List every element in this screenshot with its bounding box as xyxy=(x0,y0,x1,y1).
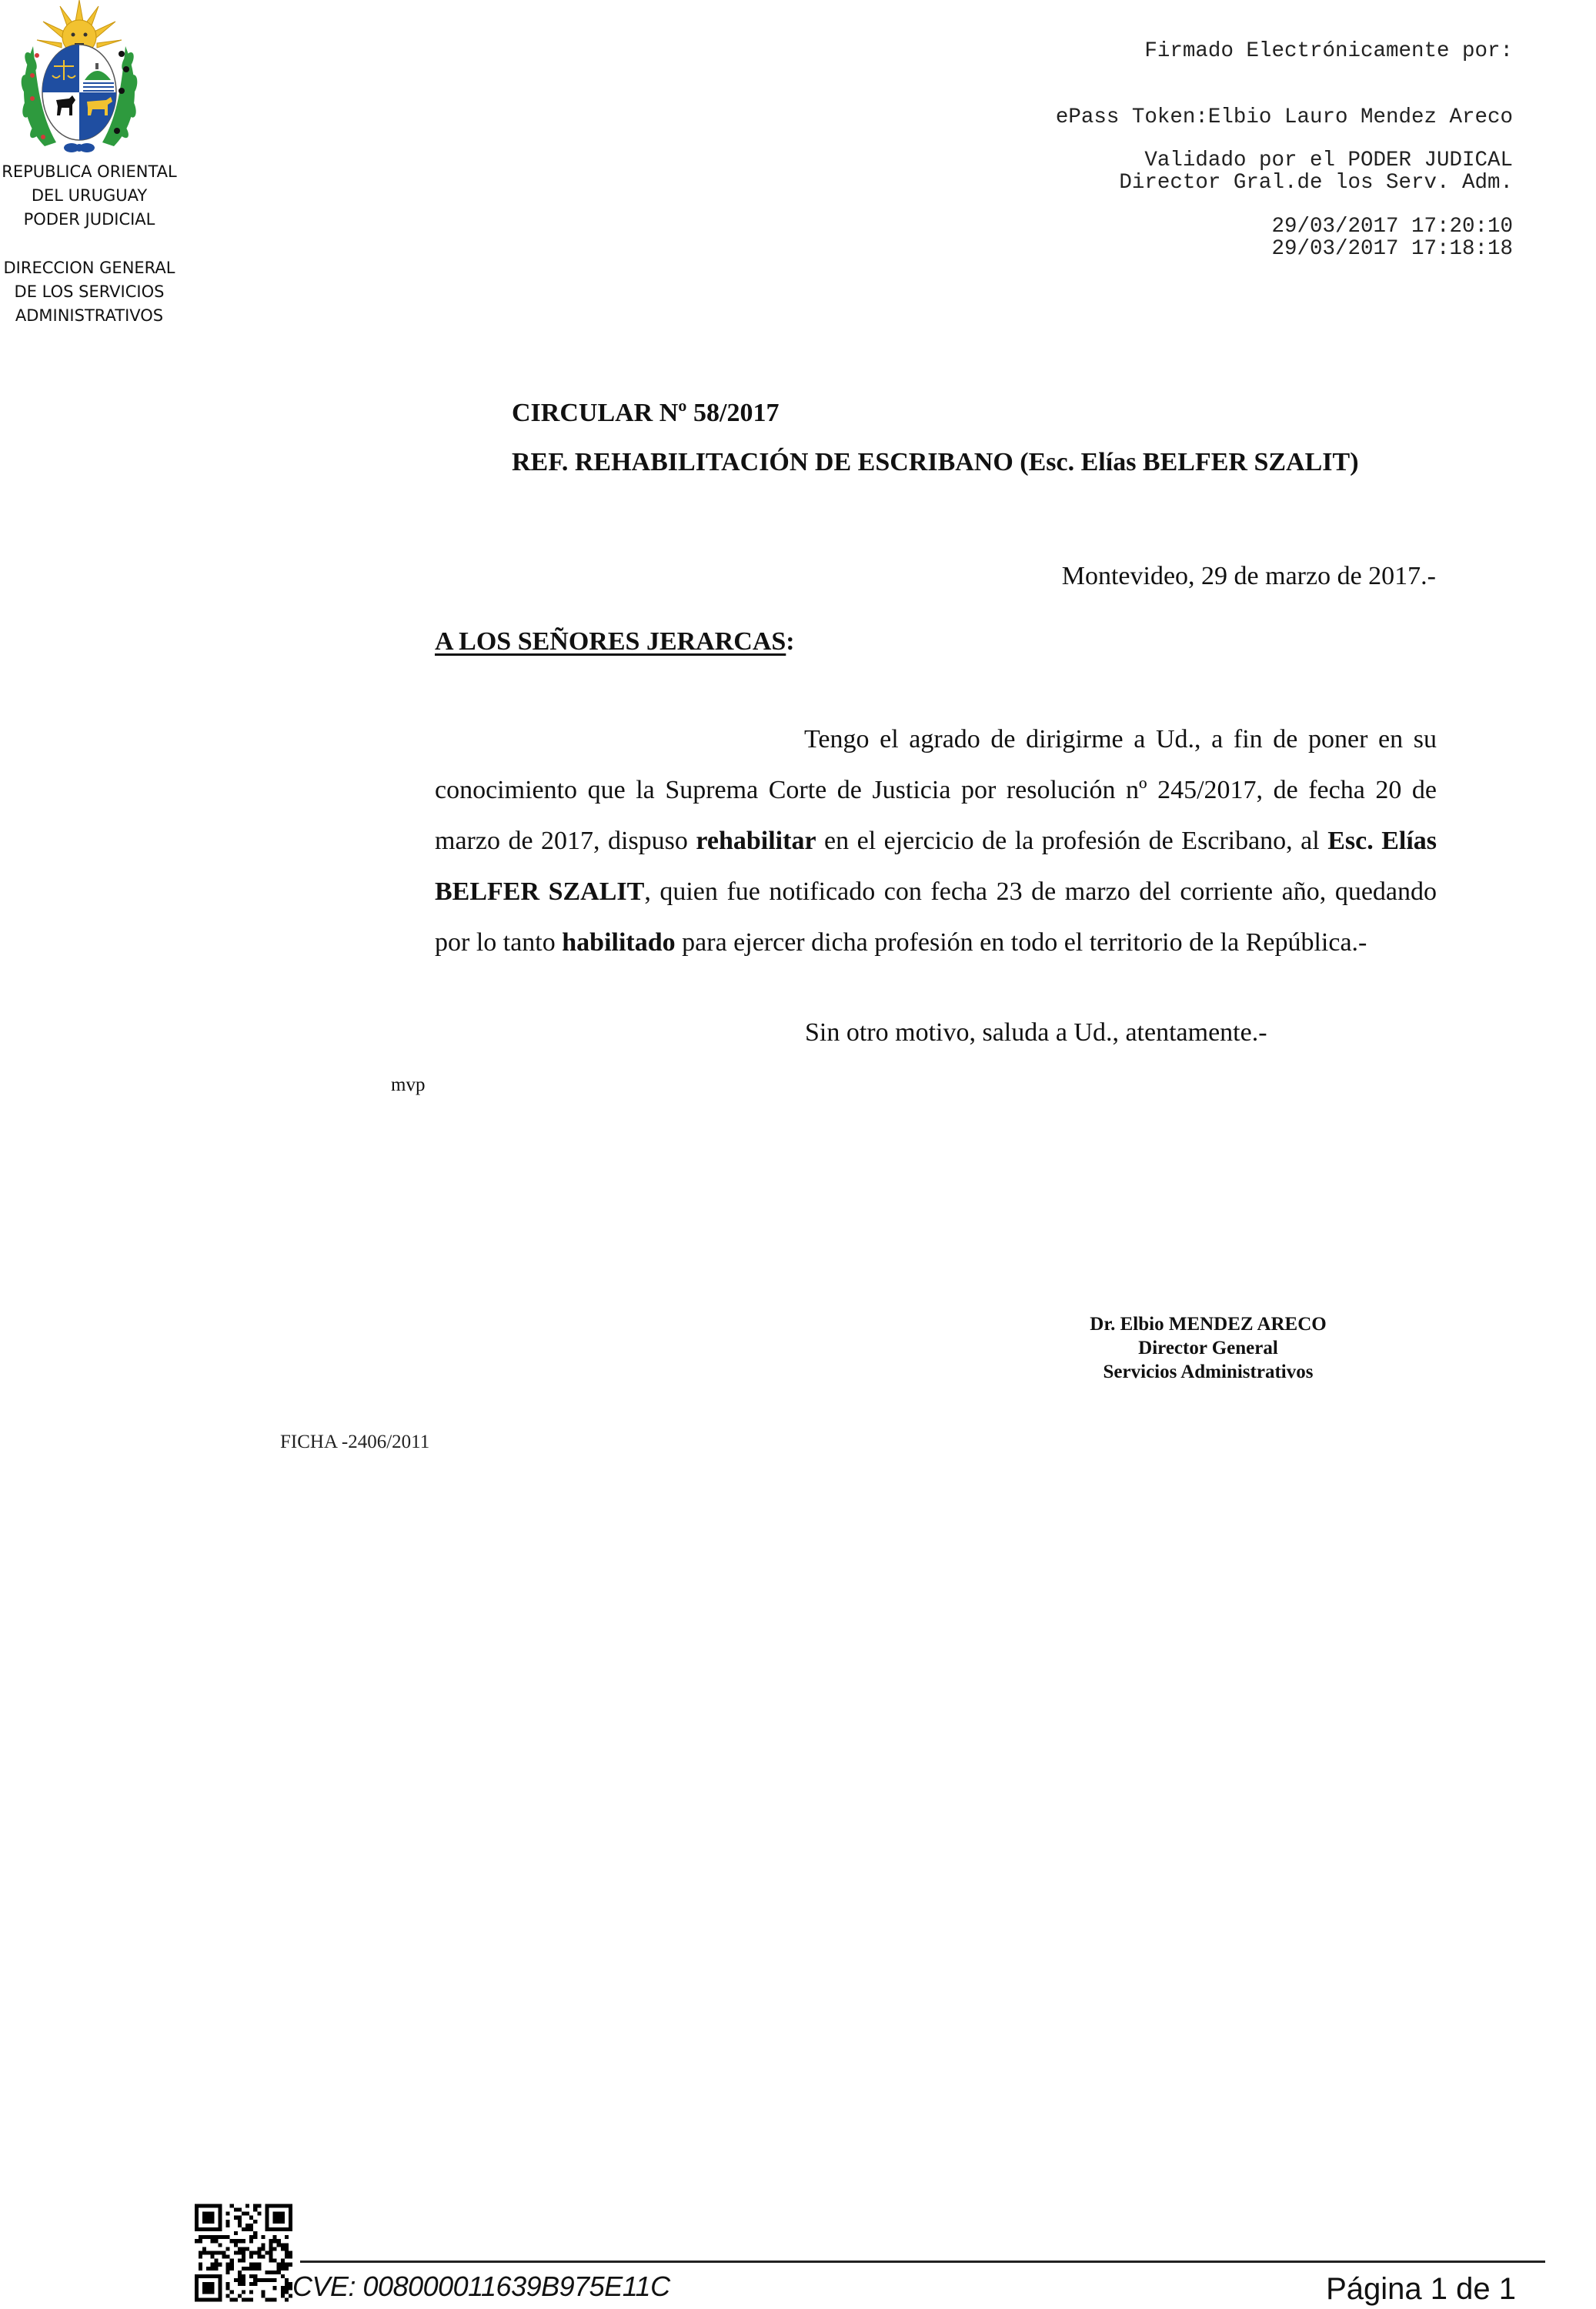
footer-divider xyxy=(300,2261,1545,2263)
department-line: DE LOS SERVICIOS xyxy=(0,280,179,304)
page-number: Página 1 de 1 xyxy=(1326,2272,1516,2307)
body-paragraph: Tengo el agrado de dirigirme a Ud., a fi… xyxy=(435,714,1437,968)
validation-stamp: Validado por el PODER JUDICAL 29/03/2017… xyxy=(1144,106,1513,260)
body-emphasis-habilitado: habilitado xyxy=(562,928,675,957)
signatory-title: Director General xyxy=(1023,1336,1393,1360)
file-reference: FICHA -2406/2011 xyxy=(280,1432,429,1453)
salutation-text: A LOS SEÑORES JERARCAS xyxy=(435,627,786,656)
typist-initials: mvp xyxy=(391,1074,425,1096)
place-date: Montevideo, 29 de marzo de 2017.- xyxy=(1062,562,1436,591)
closing-line: Sin otro motivo, saluda a Ud., atentamen… xyxy=(805,1018,1267,1048)
validated-label: Validado por el PODER JUDICAL xyxy=(1144,150,1513,172)
signed-by-label: Firmado Electrónicamente por: xyxy=(1056,41,1513,63)
institution-line: DEL URUGUAY xyxy=(0,184,179,208)
uruguay-coat-of-arms-icon xyxy=(14,0,145,158)
salutation-colon: : xyxy=(786,627,794,657)
qr-code-icon xyxy=(195,2203,292,2303)
signature-block: Dr. Elbio MENDEZ ARECO Director General … xyxy=(1023,1312,1393,1384)
institution-name: REPUBLICA ORIENTAL DEL URUGUAY PODER JUD… xyxy=(0,160,179,232)
institution-line: REPUBLICA ORIENTAL xyxy=(0,160,179,184)
body-text: en el ejercicio de la profesión de Escri… xyxy=(816,827,1328,855)
department-name: DIRECCION GENERAL DE LOS SERVICIOS ADMIN… xyxy=(0,256,179,328)
validated-timestamp: 29/03/2017 17:20:10 xyxy=(1144,216,1513,239)
signatory-department: Servicios Administrativos xyxy=(1023,1360,1393,1384)
signatory-name: Dr. Elbio MENDEZ ARECO xyxy=(1023,1312,1393,1336)
circular-number: CIRCULAR Nº 58/2017 xyxy=(512,399,779,428)
reference-title: REF. REHABILITACIÓN DE ESCRIBANO (Esc. E… xyxy=(512,448,1359,477)
institution-line: PODER JUDICIAL xyxy=(0,208,179,232)
body-emphasis-rehabilitar: rehabilitar xyxy=(696,827,816,855)
salutation: A LOS SEÑORES JERARCAS: xyxy=(435,627,795,657)
department-line: ADMINISTRATIVOS xyxy=(0,304,179,328)
department-line: DIRECCION GENERAL xyxy=(0,256,179,280)
body-text: para ejercer dicha profesión en todo el … xyxy=(676,928,1367,957)
verification-code: CVE: 008000011639B975E11C xyxy=(292,2271,670,2303)
